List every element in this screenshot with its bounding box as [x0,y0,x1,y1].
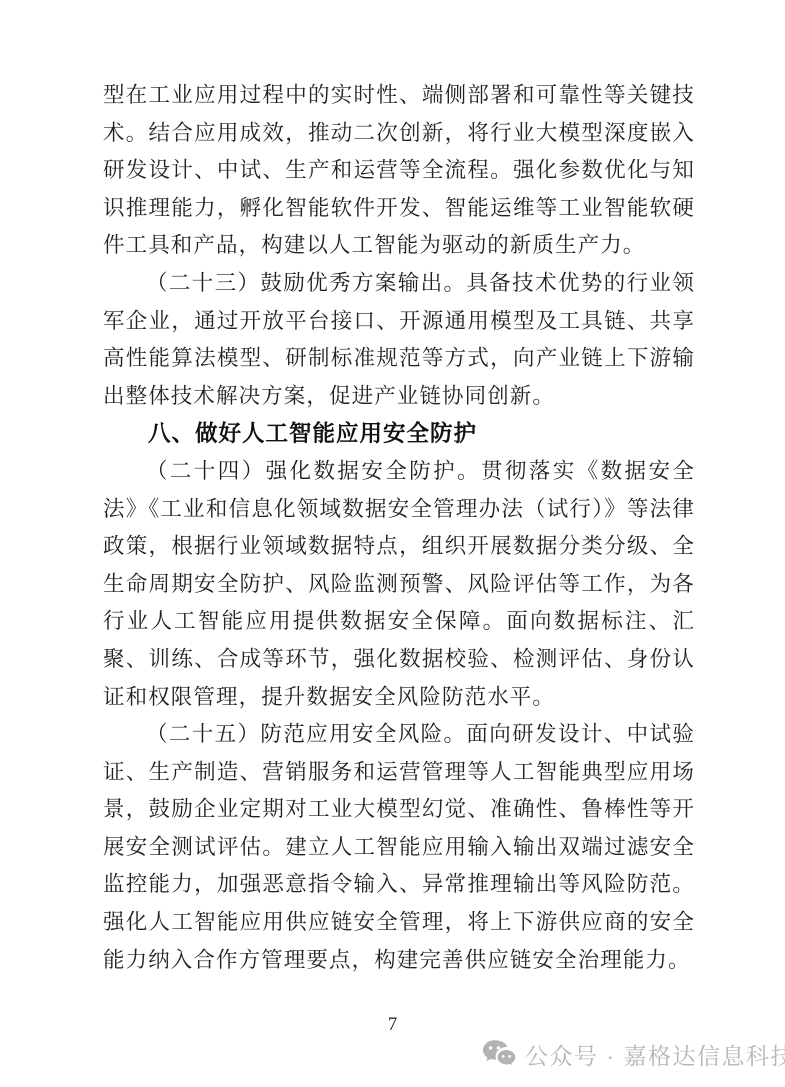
paragraph-continuation: 型在工业应用过程中的实时性、端侧部署和可靠性等关键技术。结合应用成效，推动二次创… [103,77,695,265]
paragraph-item-24: （二十四）强化数据安全防护。贯彻落实《数据安全法》《工业和信息化领域数据安全管理… [103,453,695,716]
section-heading: 八、做好人工智能应用安全防护 [103,415,695,453]
paragraph-item-23-lead: （二十三）鼓励优秀方案输出。 [146,271,466,295]
document-body: 型在工业应用过程中的实时性、端侧部署和可靠性等关键技术。结合应用成效，推动二次创… [103,77,695,979]
paragraph-item-25-lead: （二十五）防范应用安全风险。 [146,722,466,746]
page-number: 7 [0,1014,785,1036]
watermark: 公众号 · 嘉格达信息科技 [482,1036,785,1072]
watermark-text: 公众号 · 嘉格达信息科技 [525,1038,785,1071]
paragraph-item-25: （二十五）防范应用安全风险。面向研发设计、中试验证、生产制造、营销服务和运营管理… [103,716,695,979]
document-page: 型在工业应用过程中的实时性、端侧部署和可靠性等关键技术。结合应用成效，推动二次创… [0,0,785,1087]
paragraph-item-23: （二十三）鼓励优秀方案输出。具备技术优势的行业领军企业，通过开放平台接口、开源通… [103,265,695,415]
paragraph-item-24-text: 贯彻落实《数据安全法》《工业和信息化领域数据安全管理办法（试行）》等法律政策，根… [103,459,695,709]
paragraph-item-25-text: 面向研发设计、中试验证、生产制造、营销服务和运营管理等人工智能典型应用场景，鼓励… [103,722,695,972]
paragraph-item-24-lead: （二十四）强化数据安全防护。 [146,459,481,483]
wechat-icon [482,1039,516,1069]
